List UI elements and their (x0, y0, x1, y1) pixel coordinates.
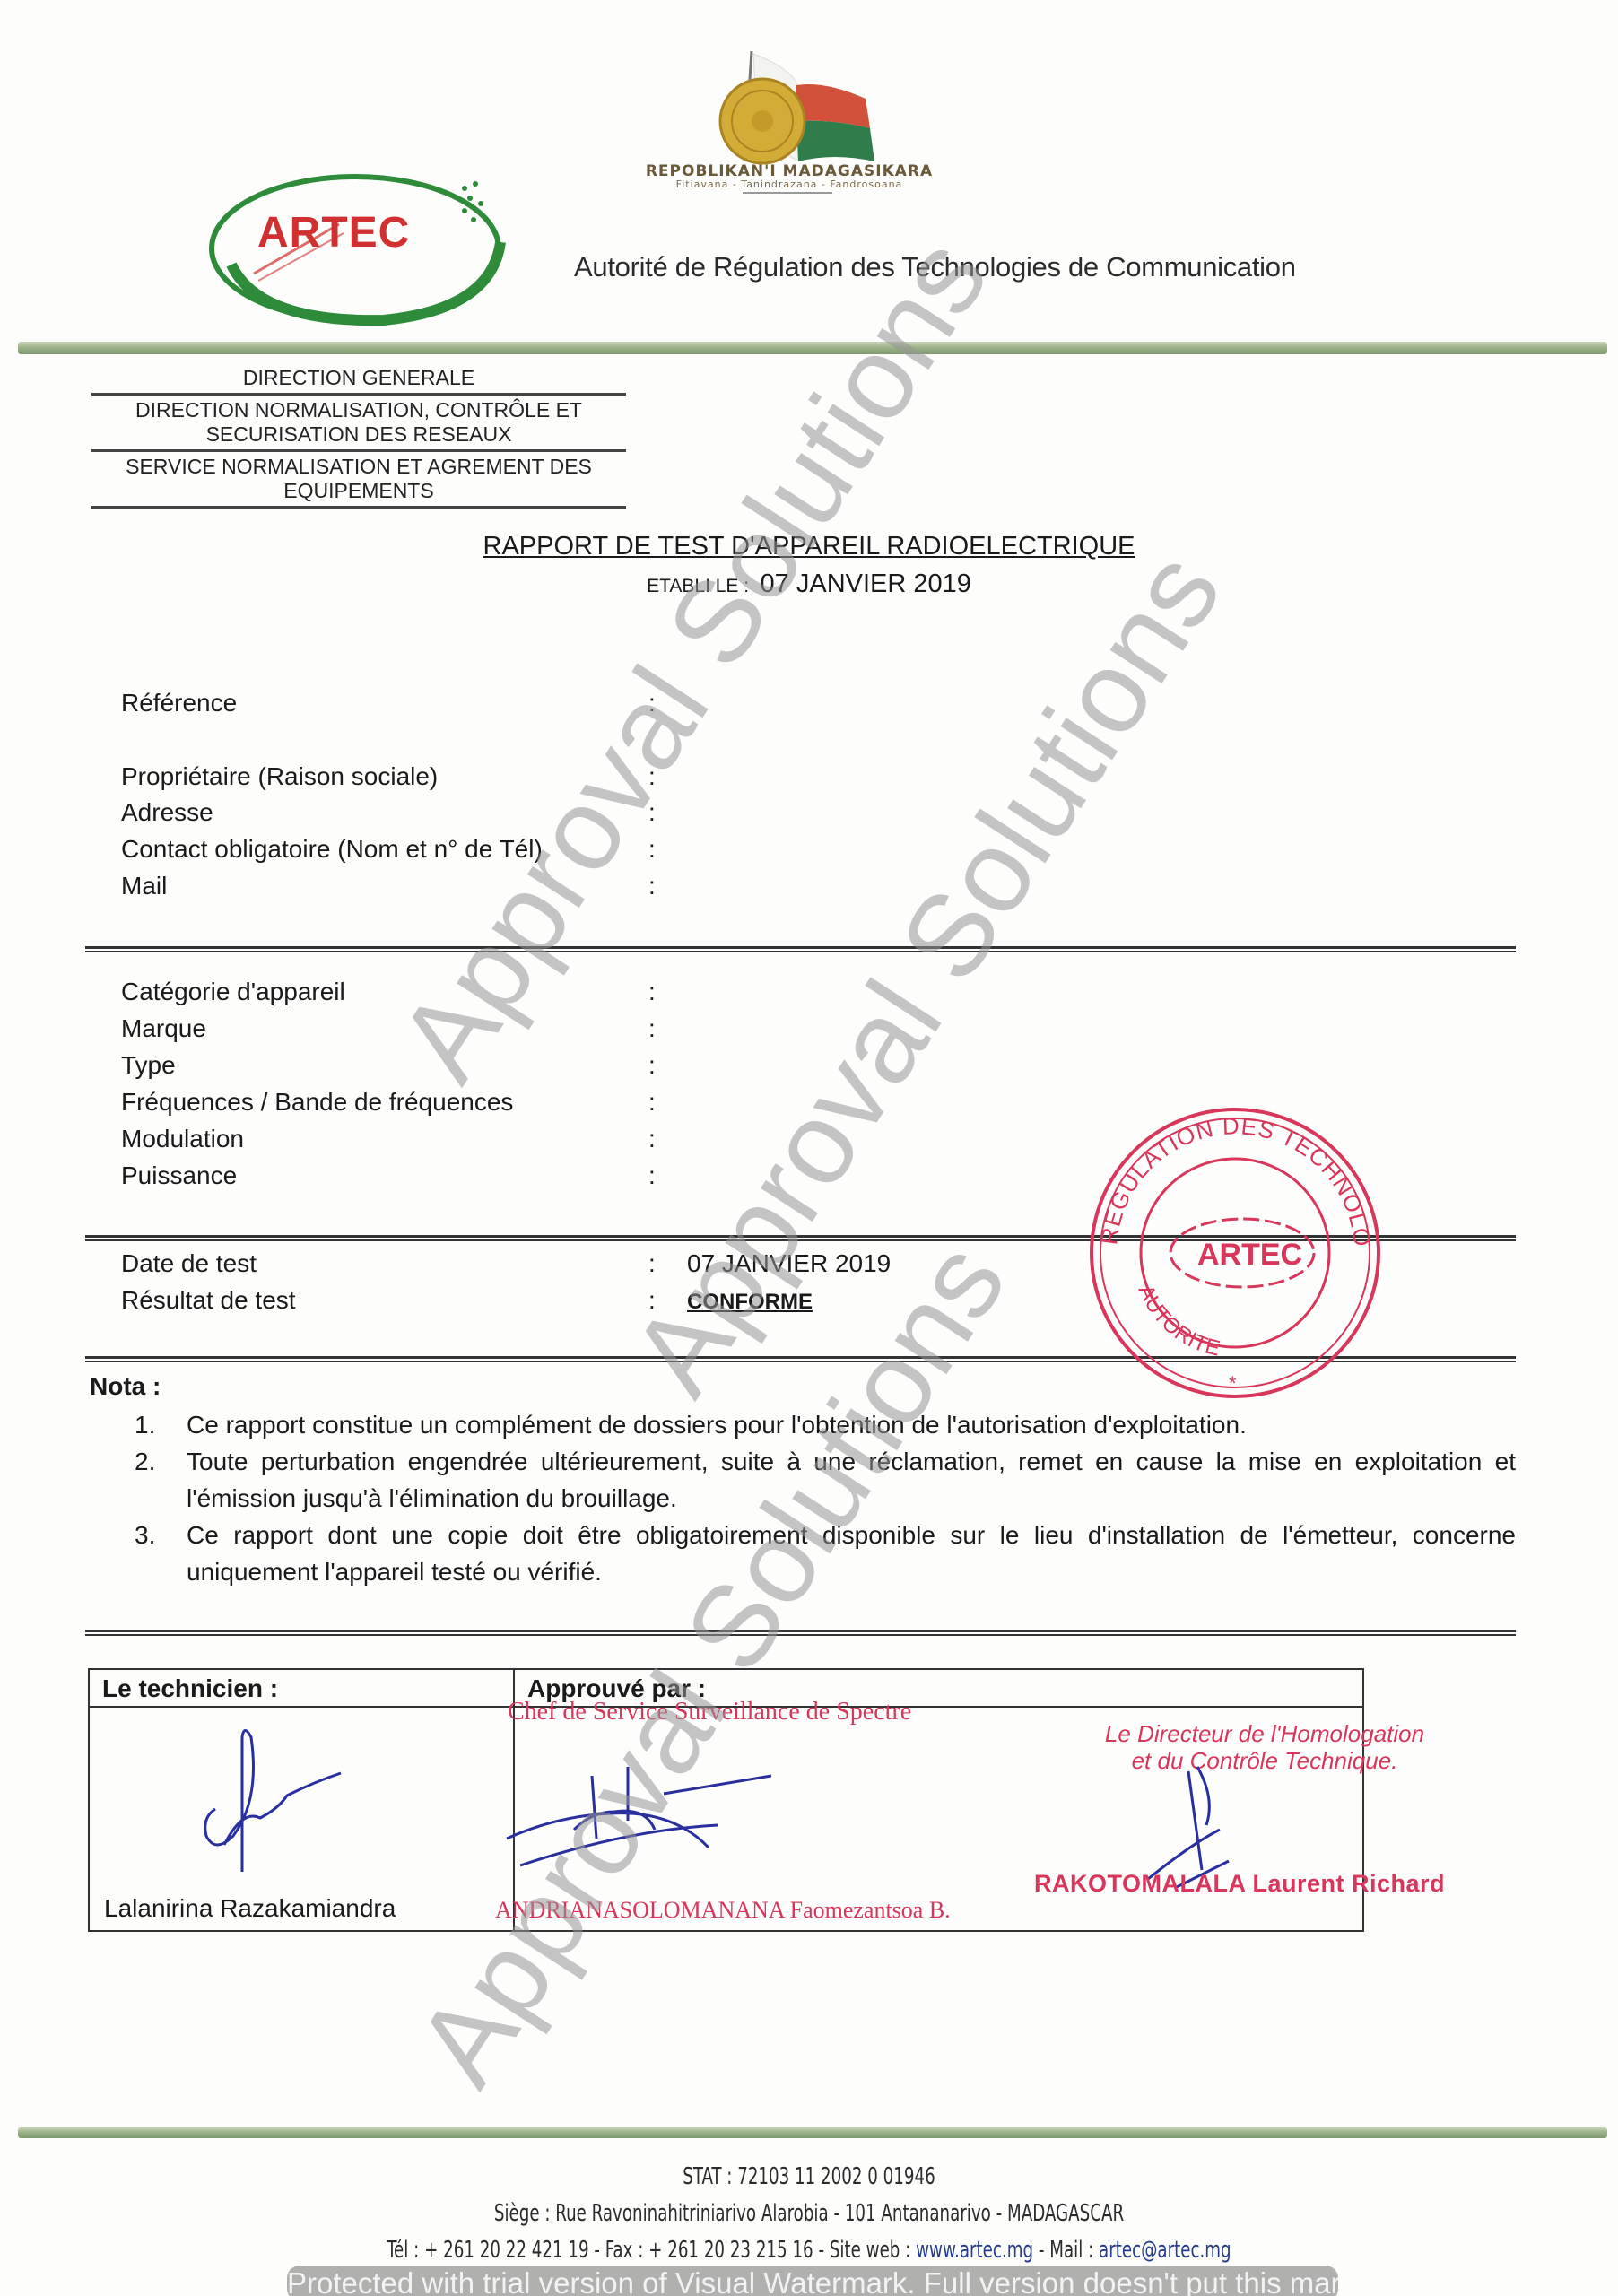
field-label-type: Type (121, 1051, 176, 1080)
field-label-test-result: Résultat de test (121, 1286, 296, 1315)
field-colon: : (648, 1088, 656, 1117)
technician-header: Le technicien : (90, 1670, 515, 1708)
divider (91, 506, 626, 509)
footer-email-link[interactable]: artec@artec.mg (1099, 2237, 1231, 2264)
footer-contact: Tél : + 261 20 22 421 19 - Fax : + 261 2… (178, 2237, 1440, 2264)
field-label-mail: Mail (121, 872, 167, 900)
directorate-block: DIRECTION GENERALE DIRECTION NORMALISATI… (91, 366, 626, 511)
divider (91, 449, 626, 452)
field-colon: : (648, 1161, 656, 1190)
artec-logo-text: ARTEC (257, 208, 410, 257)
established-label: ETABLI LE : (647, 576, 749, 596)
divider (91, 393, 626, 396)
field-colon: : (648, 1051, 656, 1080)
header-divider-bar (18, 342, 1607, 354)
svg-text:REGULATION DES TECHNOLOGIES DE: REGULATION DES TECHNOLOGIES DE COMMUNICA… (1081, 1105, 1376, 1248)
field-colon: : (648, 1125, 656, 1153)
footer-website-link[interactable]: www.artec.mg (916, 2237, 1033, 2264)
field-label-contact: Contact obligatoire (Nom et n° de Tél) (121, 835, 543, 864)
field-colon: : (648, 1286, 656, 1315)
direction-normalisation: DIRECTION NORMALISATION, CONTRÔLE ET SEC… (91, 398, 626, 447)
field-label-modulation: Modulation (121, 1125, 244, 1153)
field-label-owner: Propriétaire (Raison sociale) (121, 762, 438, 791)
nota-number: 3. (135, 1517, 187, 1590)
nota-text: Ce rapport constitue un complément de do… (187, 1406, 1516, 1443)
field-label-test-date: Date de test (121, 1249, 257, 1278)
field-colon: : (648, 835, 656, 864)
svg-text:*: * (1229, 1372, 1237, 1395)
footer-phone-fax: Tél : + 261 20 22 421 19 - Fax : + 261 2… (387, 2237, 916, 2264)
chef-name: ANDRIANASOLOMANANA Faomezantsoa B. (495, 1897, 951, 1924)
stamp-seal-icon: REGULATION DES TECHNOLOGIES DE COMMUNICA… (1081, 1105, 1390, 1401)
established-date: 07 JANVIER 2019 (761, 570, 971, 598)
nota-number: 2. (135, 1443, 187, 1517)
authority-name: Autorité de Régulation des Technologies … (574, 251, 1296, 283)
field-label-category: Catégorie d'appareil (121, 978, 345, 1006)
nota-text: Toute perturbation engendrée ultérieurem… (187, 1443, 1516, 1517)
nota-text: Ce rapport dont une copie doit être obli… (187, 1517, 1516, 1590)
footer-divider-bar (18, 2127, 1607, 2138)
seal-icon (720, 79, 805, 163)
trial-watermark-banner: Protected with trial version of Visual W… (287, 2266, 1338, 2296)
field-label-reference: Référence (121, 689, 237, 717)
report-title: RAPPORT DE TEST D'APPAREIL RADIOELECTRIQ… (0, 532, 1618, 561)
field-value-test-date: 07 JANVIER 2019 (687, 1249, 891, 1278)
footer-address: Siège : Rue Ravoninahitriniarivo Alarobi… (178, 2200, 1440, 2227)
official-stamp: REGULATION DES TECHNOLOGIES DE COMMUNICA… (1081, 1105, 1390, 1401)
republic-motto: Fitiavana - Tanindrazana - Fandrosoana (610, 178, 969, 190)
field-label-brand: Marque (121, 1014, 206, 1043)
field-colon: : (648, 1249, 656, 1278)
nota-number: 1. (135, 1406, 187, 1443)
director-title-line2: et du Contrôle Technique. (1040, 1747, 1489, 1774)
field-colon: : (648, 872, 656, 900)
svg-text:AUTORITE: AUTORITE (1134, 1282, 1222, 1361)
footer-mail-label: - Mail : (1033, 2237, 1099, 2264)
republic-name: REPOBLIKAN'I MADAGASIKARA (610, 164, 969, 179)
field-colon: : (648, 1014, 656, 1043)
madagascar-emblem (691, 49, 879, 166)
nota-item: 3. Ce rapport dont une copie doit être o… (135, 1517, 1516, 1590)
svg-text:ARTEC: ARTEC (1197, 1238, 1302, 1272)
director-title-line1: Le Directeur de l'Homologation (1040, 1720, 1489, 1747)
chef-signature-icon (502, 1758, 771, 1883)
field-colon: : (648, 798, 656, 827)
director-name: RAKOTOMALALA Laurent Richard (1034, 1870, 1445, 1898)
field-label-address: Adresse (121, 798, 213, 827)
field-label-power: Puissance (121, 1161, 237, 1190)
field-colon: : (648, 978, 656, 1006)
section-divider (85, 946, 1516, 952)
director-signature-icon (1139, 1762, 1247, 1888)
chef-title: Chef de Service Surveillance de Spectre (508, 1698, 911, 1726)
direction-generale: DIRECTION GENERALE (91, 366, 626, 390)
technician-signature-icon (179, 1719, 359, 1890)
field-colon: : (648, 689, 656, 717)
nota-title: Nota : (90, 1372, 161, 1401)
emblem-underline (743, 192, 832, 194)
established-line: ETABLI LE : 07 JANVIER 2019 (0, 570, 1618, 599)
nota-list: 1. Ce rapport constitue un complément de… (135, 1406, 1516, 1590)
section-divider (85, 1630, 1516, 1636)
field-label-frequencies: Fréquences / Bande de fréquences (121, 1088, 513, 1117)
nota-item: 2. Toute perturbation engendrée ultérieu… (135, 1443, 1516, 1517)
service-normalisation: SERVICE NORMALISATION ET AGREMENT DES EQ… (91, 455, 626, 503)
field-colon: : (648, 762, 656, 791)
director-title: Le Directeur de l'Homologation et du Con… (1040, 1720, 1489, 1774)
field-value-test-result: CONFORME (687, 1290, 813, 1315)
watermark-text: Approval Solutions (389, 1219, 1031, 2108)
technician-name: Lalanirina Razakamiandra (104, 1894, 396, 1923)
footer-stat: STAT : 72103 11 2002 0 01946 (178, 2163, 1440, 2190)
nota-item: 1. Ce rapport constitue un complément de… (135, 1406, 1516, 1443)
